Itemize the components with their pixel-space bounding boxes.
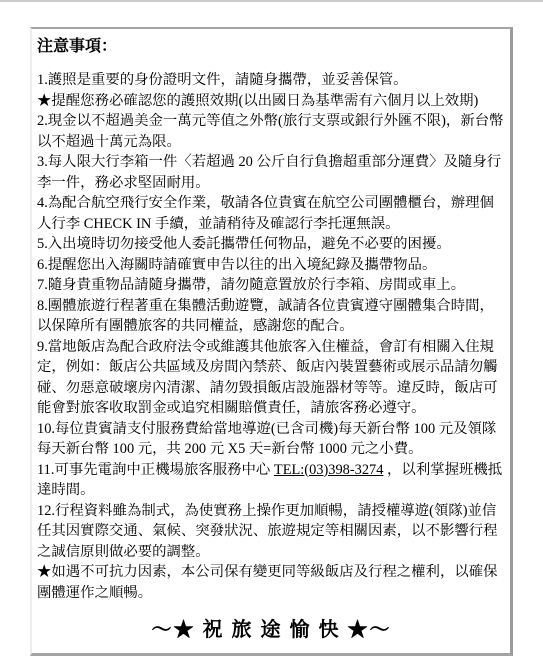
notice-item-11: 11.可事先電詢中正機場旅客服務中心 TEL:(03)398-3274 ，以利掌… (37, 460, 506, 501)
notice-item-5: 5.入出境時切勿接受他人委託攜帶任何物品，避免不必要的困擾。 (37, 234, 506, 255)
notice-item-3: 3.每人限大行李箱一件〈若超過 20 公斤自行負擔超重部分運費〉及隨身行李一件，… (37, 152, 506, 193)
notice-item-force-majeure: ★如遇不可抗力因素，本公司保有變更同等級飯店及行程之權利，以確保團體運作之順暢。 (37, 562, 506, 603)
notice-item-10: 10.每位貴賓請支付服務費給當地導遊(已含司機)每天新台幣 100 元及領隊每天… (37, 419, 506, 460)
notice-item-7: 7.隨身貴重物品請隨身攜帶，請勿隨意置放於行李箱、房間或車上。 (37, 275, 506, 296)
notice-item-6: 6.提醒您出入海關時請確實申告以往的出入境紀錄及攜帶物品。 (37, 255, 506, 276)
notice-item-2: 2.現金以不超過美金一萬元等值之外幣(旅行支票或銀行外匯不限)，新台幣以不超過十… (37, 111, 506, 152)
notice-box: 注意事項： 1.護照是重要的身份證明文件，請隨身攜帶，並妥善保管。 ★提醒您務必… (30, 27, 513, 656)
notice-title: 注意事項： (37, 37, 506, 57)
notice-item-4: 4.為配合航空飛行安全作業，敬請各位貴賓在航空公司團體櫃台，辦理個人行李 CHE… (37, 193, 506, 234)
airport-service-text: 11.可事先電詢中正機場旅客服務中心 (37, 462, 274, 478)
tel-number: TEL:(03)398-3274 (274, 462, 384, 478)
notice-item-9: 9.當地飯店為配合政府法令或維護其他旅客入住權益，會訂有相關入住規定，例如：飯店… (37, 337, 506, 419)
page-top-divider (0, 0, 543, 2)
closing-wish: ～★ 祝 旅 途 愉 快 ★～ (37, 617, 506, 643)
notice-item-1: 1.護照是重要的身份證明文件，請隨身攜帶，並妥善保管。 (37, 70, 506, 91)
notice-item-8: 8.團體旅遊行程著重在集體活動遊覽，誠請各位貴賓遵守團體集合時間，以保障所有團體… (37, 296, 506, 337)
notice-item-12: 12.行程資料雖為制式，為使實務上操作更加順暢，請授權導遊(領隊)並信任其因實際… (37, 501, 506, 563)
notice-item-passport-reminder: ★提醒您務必確認您的護照效期(以出國日為基準需有六個月以上效期) (37, 91, 506, 112)
